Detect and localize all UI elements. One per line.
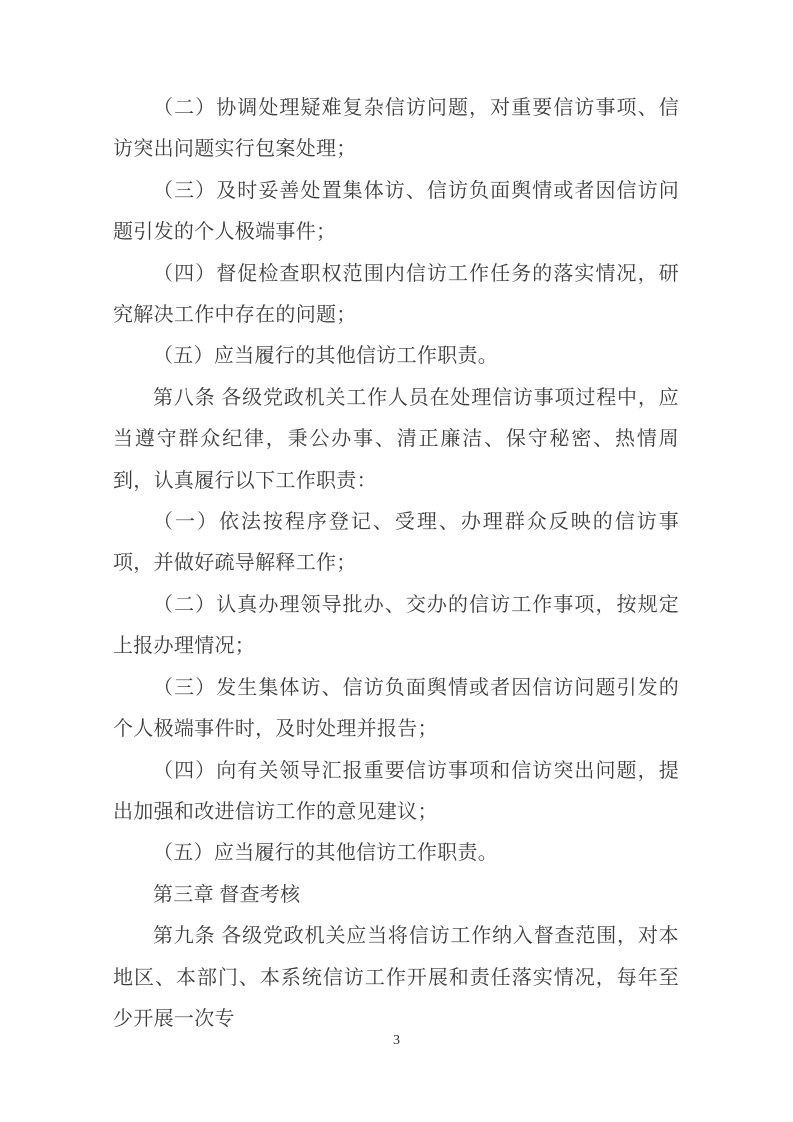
article-8-item-2: （二）认真办理领导批办、交办的信访工作事项，按规定上报办理情况； [113,585,679,668]
paragraph-item-5: （五）应当履行的其他信访工作职责。 [113,336,679,377]
article-8-item-5: （五）应当履行的其他信访工作职责。 [113,833,679,874]
article-9-paragraph: 第九条 各级党政机关应当将信访工作纳入督查范围，对本地区、本部门、本系统信访工作… [113,916,679,1040]
article-8-item-4: （四）向有关领导汇报重要信访事项和信访突出问题，提出加强和改进信访工作的意见建议… [113,751,679,834]
article-8-paragraph: 第八条 各级党政机关工作人员在处理信访事项过程中，应当遵守群众纪律，秉公办事、清… [113,378,679,502]
document-body: （二）协调处理疑难复杂信访问题，对重要信访事项、信访突出问题实行包案处理； （三… [113,88,679,1040]
article-8-item-1: （一）依法按程序登记、受理、办理群众反映的信访事项，并做好疏导解释工作； [113,502,679,585]
page-number: 3 [0,1031,793,1051]
article-8-item-3: （三）发生集体访、信访负面舆情或者因信访问题引发的个人极端事件时，及时处理并报告… [113,668,679,751]
paragraph-item-3: （三）及时妥善处置集体访、信访负面舆情或者因信访问题引发的个人极端事件； [113,171,679,254]
paragraph-item-4: （四）督促检查职权范围内信访工作任务的落实情况，研究解决工作中存在的问题； [113,254,679,337]
document-page: （二）协调处理疑难复杂信访问题，对重要信访事项、信访突出问题实行包案处理； （三… [0,0,793,1122]
paragraph-item-2: （二）协调处理疑难复杂信访问题，对重要信访事项、信访突出问题实行包案处理； [113,88,679,171]
chapter-3-heading: 第三章 督查考核 [113,875,679,916]
